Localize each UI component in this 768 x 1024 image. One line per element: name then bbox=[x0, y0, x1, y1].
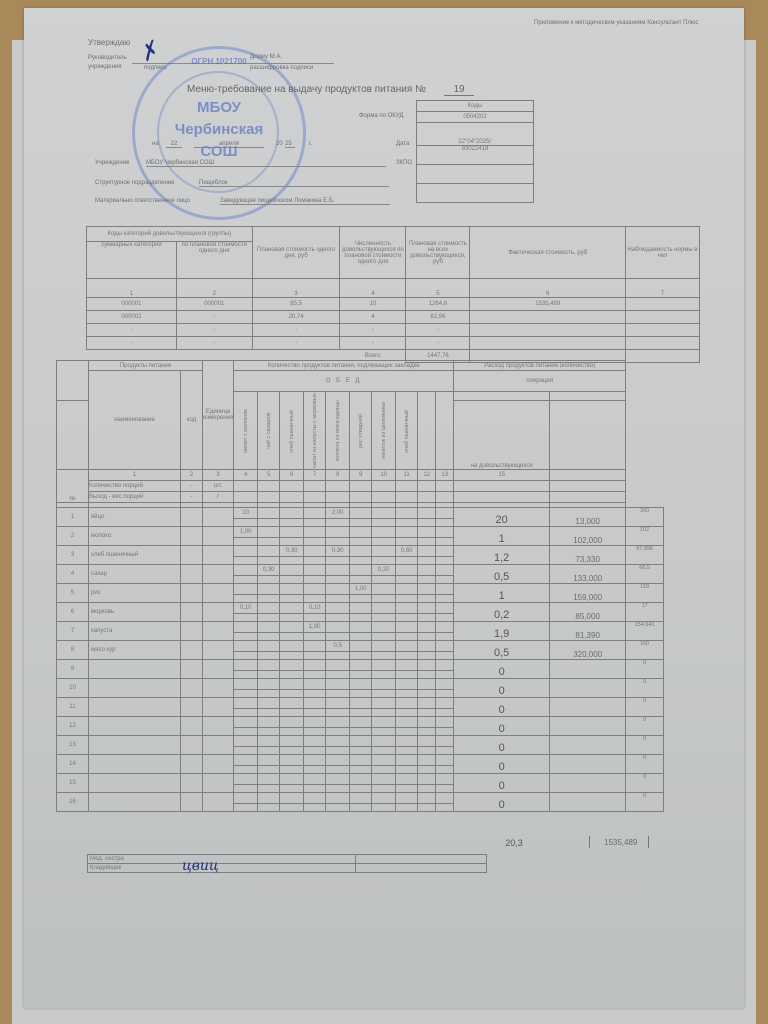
dish-quantity bbox=[234, 565, 258, 584]
dish-quantity bbox=[396, 679, 418, 698]
unit-price: 133,000 bbox=[550, 565, 626, 584]
categories-cell: - bbox=[176, 311, 252, 324]
dish-quantity bbox=[372, 584, 396, 603]
dish-quantity bbox=[234, 698, 258, 717]
quantity-header: Количество продуктов питания, подлежащих… bbox=[234, 361, 454, 371]
dish-quantity bbox=[326, 736, 350, 755]
document-title: Меню-требование на выдачу продуктов пита… bbox=[187, 84, 426, 95]
total-quantity: 0 bbox=[454, 774, 550, 793]
dish-quantity bbox=[234, 736, 258, 755]
dish-quantity bbox=[234, 641, 258, 660]
row-sum: 0 bbox=[626, 793, 664, 812]
row-sum: 0 bbox=[626, 698, 664, 717]
date-prefix: на bbox=[152, 141, 159, 147]
total-quantity: 0 bbox=[454, 660, 550, 679]
dish-quantity bbox=[372, 660, 396, 679]
col-number: 5 bbox=[258, 470, 280, 481]
dish-quantity bbox=[234, 660, 258, 679]
yield-row: Выход - вес порций-г bbox=[57, 492, 686, 503]
dish-quantity bbox=[280, 622, 304, 641]
dish-quantity: 1,00 bbox=[350, 584, 372, 603]
dish-name: хлеб пшеничный bbox=[289, 393, 295, 469]
dish-quantity bbox=[258, 527, 280, 546]
dish-quantity bbox=[418, 565, 436, 584]
yield-row-unit: г bbox=[203, 492, 234, 503]
dish-quantity bbox=[350, 546, 372, 565]
row-number: 14 bbox=[57, 755, 89, 774]
product-code bbox=[181, 622, 203, 641]
date-label: Дата bbox=[396, 141, 409, 147]
product-code bbox=[181, 736, 203, 755]
grand-total-sum: 1535,489 bbox=[604, 838, 637, 847]
categories-row: ----- bbox=[87, 324, 700, 337]
dish-quantity bbox=[372, 527, 396, 546]
responsible-value: Заведующая пищеблоком Ломакина Е.Б. bbox=[220, 198, 390, 205]
dish-quantity bbox=[372, 717, 396, 736]
dish-quantity bbox=[372, 641, 396, 660]
dish-quantity bbox=[258, 698, 280, 717]
product-name: мясо кур bbox=[89, 641, 181, 660]
categories-cell: 20,74 bbox=[252, 311, 340, 324]
categories-cell: 1535,489 bbox=[470, 298, 626, 311]
dash: - bbox=[181, 481, 203, 492]
dish-name: рис отварной bbox=[358, 393, 364, 469]
codes-header: Коды bbox=[417, 101, 534, 112]
okpo-label: ЗКПО bbox=[396, 160, 412, 166]
dish-quantity bbox=[418, 736, 436, 755]
dish-quantity bbox=[436, 774, 454, 793]
dish-quantity bbox=[326, 527, 350, 546]
dish-quantity bbox=[436, 698, 454, 717]
dish-quantity bbox=[280, 793, 304, 812]
dish-quantity bbox=[418, 717, 436, 736]
product-row: 1100 bbox=[57, 698, 686, 717]
row-number: 6 bbox=[57, 603, 89, 622]
dish-quantity bbox=[436, 717, 454, 736]
product-code bbox=[181, 793, 203, 812]
dish-quantity: 1,00 bbox=[234, 527, 258, 546]
dish-quantity bbox=[396, 774, 418, 793]
operations-header: операция bbox=[454, 371, 626, 392]
dish-quantity: 0,10 bbox=[234, 603, 258, 622]
product-unit bbox=[203, 717, 234, 736]
product-name: сахар bbox=[89, 565, 181, 584]
dish-quantity bbox=[280, 527, 304, 546]
unit-price bbox=[550, 736, 626, 755]
dish-quantity: 10 bbox=[234, 508, 258, 527]
dish-quantity bbox=[304, 679, 326, 698]
dish-quantity bbox=[418, 527, 436, 546]
row-sum: 0 bbox=[626, 679, 664, 698]
categories-cell: - bbox=[340, 337, 406, 350]
dish-quantity bbox=[280, 736, 304, 755]
dish-quantity bbox=[304, 508, 326, 527]
product-row: 7капуста1,901,981,390154,641 bbox=[57, 622, 686, 641]
row-sum: 0 bbox=[626, 774, 664, 793]
col-plan-cost-header: Плановая стоимость одного дня, руб bbox=[252, 227, 340, 279]
nurse-label: Мед. сестра bbox=[88, 855, 356, 864]
unit-price bbox=[550, 679, 626, 698]
row-sum: 102 bbox=[626, 527, 664, 546]
col-number: 8 bbox=[326, 470, 350, 481]
categories-cell: - bbox=[252, 337, 340, 350]
categories-cell bbox=[626, 324, 700, 337]
dish-quantity: 2,00 bbox=[326, 508, 350, 527]
total-quantity: 0 bbox=[454, 717, 550, 736]
okud-value: 0504202 bbox=[417, 112, 534, 123]
dish-name: омлет с молоком bbox=[243, 393, 249, 469]
dish-quantity bbox=[418, 584, 436, 603]
dish-quantity bbox=[436, 641, 454, 660]
product-name bbox=[89, 660, 181, 679]
row-number: 12 bbox=[57, 717, 89, 736]
row-sum: 0 bbox=[626, 755, 664, 774]
dish-quantity bbox=[350, 698, 372, 717]
dish-header: салат из капусты с морковью bbox=[304, 392, 326, 470]
col-actual-cost-header: Фактическая стоимость, руб bbox=[470, 227, 626, 279]
dish-quantity bbox=[396, 508, 418, 527]
product-unit bbox=[203, 793, 234, 812]
date-year-prefix: 20 bbox=[276, 141, 283, 147]
products-table: Продукты питанияЕдиница измеренияКоличес… bbox=[56, 360, 686, 812]
dish-quantity bbox=[418, 793, 436, 812]
dish-header: напиток из шиповника bbox=[372, 392, 396, 470]
total-quantity: 0,2 bbox=[454, 603, 550, 622]
row-number: 9 bbox=[57, 660, 89, 679]
categories-cell: 10 bbox=[340, 298, 406, 311]
dish-quantity bbox=[234, 717, 258, 736]
product-unit bbox=[203, 546, 234, 565]
dish-quantity bbox=[396, 736, 418, 755]
total-quantity: 0 bbox=[454, 679, 550, 698]
unit-price: 102,000 bbox=[550, 527, 626, 546]
dish-quantity bbox=[234, 584, 258, 603]
dish-quantity bbox=[372, 603, 396, 622]
dish-quantity bbox=[436, 679, 454, 698]
dish-quantity bbox=[258, 603, 280, 622]
unit-price: 85,000 bbox=[550, 603, 626, 622]
categories-cell: - bbox=[406, 337, 470, 350]
categories-cell: - bbox=[406, 324, 470, 337]
row-number: 16 bbox=[57, 793, 89, 812]
grand-total-quantity: 20,3 bbox=[494, 838, 534, 848]
portions-row: Количество порций-шт. bbox=[57, 481, 686, 492]
dish-quantity bbox=[396, 641, 418, 660]
dish-quantity bbox=[304, 565, 326, 584]
dish-quantity bbox=[418, 622, 436, 641]
dish-quantity bbox=[436, 546, 454, 565]
categories-cell: 000001 bbox=[176, 298, 252, 311]
categories-cell: - bbox=[340, 324, 406, 337]
dish-quantity bbox=[350, 641, 372, 660]
dish-quantity bbox=[350, 679, 372, 698]
dish-quantity bbox=[234, 679, 258, 698]
row-sum: 160 bbox=[626, 641, 664, 660]
col-number: 11 bbox=[396, 470, 418, 481]
dish-quantity bbox=[258, 660, 280, 679]
dish-quantity bbox=[436, 508, 454, 527]
dish-quantity bbox=[280, 603, 304, 622]
product-row: 1600 bbox=[57, 793, 686, 812]
product-code bbox=[181, 717, 203, 736]
unit-price bbox=[550, 755, 626, 774]
row-number: 2 bbox=[57, 527, 89, 546]
dish-quantity bbox=[350, 622, 372, 641]
product-code bbox=[181, 698, 203, 717]
product-code bbox=[181, 755, 203, 774]
dish-quantity bbox=[304, 774, 326, 793]
dish-quantity bbox=[396, 527, 418, 546]
product-code bbox=[181, 679, 203, 698]
categories-cell: 82,96 bbox=[406, 311, 470, 324]
product-name: молоко bbox=[89, 527, 181, 546]
unit-price bbox=[550, 717, 626, 736]
dish-quantity bbox=[234, 755, 258, 774]
product-name bbox=[89, 679, 181, 698]
dish-quantity bbox=[258, 736, 280, 755]
institution-value: МБОУ Чербинская СОШ bbox=[146, 160, 386, 167]
yield-row-label: Выход - вес порций bbox=[89, 492, 181, 503]
product-row: 6морковь0,100,100,285,00017 bbox=[57, 603, 686, 622]
dish-quantity bbox=[436, 527, 454, 546]
row-number: 11 bbox=[57, 698, 89, 717]
product-unit bbox=[203, 565, 234, 584]
dish-quantity bbox=[280, 584, 304, 603]
dish-quantity bbox=[304, 793, 326, 812]
total-quantity: 20 bbox=[454, 508, 550, 527]
product-row: 1яйцо102,002013,000260 bbox=[57, 508, 686, 527]
dish-quantity bbox=[326, 717, 350, 736]
col-headcount-header: Численность довольствующихся по плановой… bbox=[340, 227, 406, 279]
categories-cell: - bbox=[176, 324, 252, 337]
product-name: капуста bbox=[89, 622, 181, 641]
unit-price: 73,330 bbox=[550, 546, 626, 565]
categories-cell: - bbox=[87, 337, 177, 350]
categories-cell: - bbox=[252, 324, 340, 337]
product-unit bbox=[203, 755, 234, 774]
categories-cell: 000002 bbox=[87, 311, 177, 324]
product-code bbox=[181, 641, 203, 660]
dish-quantity bbox=[418, 546, 436, 565]
date-day: 22 bbox=[166, 141, 182, 148]
total-quantity: 0 bbox=[454, 793, 550, 812]
categories-group-header: Коды категорий довольствующихся (группы) bbox=[87, 227, 253, 242]
dish-quantity bbox=[258, 793, 280, 812]
for-all-label: на довольствующихся bbox=[454, 401, 550, 470]
categories-cell: 1264,6 bbox=[406, 298, 470, 311]
dish-quantity bbox=[234, 793, 258, 812]
product-unit bbox=[203, 508, 234, 527]
document-number: 19 bbox=[444, 84, 474, 96]
dish-quantity bbox=[304, 736, 326, 755]
dish-quantity bbox=[396, 717, 418, 736]
dish-quantity bbox=[258, 622, 280, 641]
categories-row: 00000100000185,5101264,61535,489 bbox=[87, 298, 700, 311]
dash: - bbox=[181, 492, 203, 503]
portions-row-label: Количество порций bbox=[89, 481, 181, 492]
portions-row-unit: шт. bbox=[203, 481, 234, 492]
official-stamp: ОГРН 1021700 МБОУ Чербинская СОШ bbox=[132, 46, 306, 220]
dish-quantity bbox=[258, 755, 280, 774]
dish-quantity bbox=[418, 508, 436, 527]
dish-quantity: 0,30 bbox=[280, 546, 304, 565]
dish-quantity bbox=[372, 622, 396, 641]
row-sum: 0 bbox=[626, 736, 664, 755]
product-code bbox=[181, 660, 203, 679]
col-number: 9 bbox=[350, 470, 372, 481]
product-code bbox=[181, 546, 203, 565]
row-number: 7 bbox=[57, 622, 89, 641]
dish-quantity bbox=[396, 660, 418, 679]
dish-quantity bbox=[326, 679, 350, 698]
total-quantity: 0,5 bbox=[454, 565, 550, 584]
dish-header bbox=[436, 392, 454, 470]
dish-header: хлеб пшеничный bbox=[280, 392, 304, 470]
total-quantity: 1 bbox=[454, 527, 550, 546]
dish-quantity bbox=[304, 698, 326, 717]
dish-quantity bbox=[372, 793, 396, 812]
col-number: 15 bbox=[454, 470, 550, 481]
dish-quantity bbox=[280, 508, 304, 527]
product-row: 900 bbox=[57, 660, 686, 679]
categories-cell: - bbox=[176, 337, 252, 350]
dish-quantity: 0,60 bbox=[396, 546, 418, 565]
dish-quantity bbox=[418, 774, 436, 793]
dish-quantity bbox=[372, 698, 396, 717]
unit-price bbox=[550, 793, 626, 812]
dish-quantity bbox=[326, 565, 350, 584]
col-number: 13 bbox=[436, 470, 454, 481]
okud-label: Форма по ОКУД bbox=[359, 113, 403, 119]
dish-quantity bbox=[418, 698, 436, 717]
col-number: 2 bbox=[181, 470, 203, 481]
dish-quantity bbox=[326, 584, 350, 603]
row-sum: 17 bbox=[626, 603, 664, 622]
product-code bbox=[181, 584, 203, 603]
date-value: 22"04"2025г bbox=[417, 123, 534, 146]
dish-quantity bbox=[396, 698, 418, 717]
dish-quantity bbox=[304, 717, 326, 736]
dish-quantity bbox=[258, 679, 280, 698]
dish-quantity bbox=[396, 603, 418, 622]
row-number: 5 bbox=[57, 584, 89, 603]
code-header: код bbox=[181, 371, 203, 470]
consumption-header: Расход продуктов питания (количество) bbox=[454, 361, 626, 371]
dish-quantity bbox=[436, 793, 454, 812]
unit-price: 13,000 bbox=[550, 508, 626, 527]
row-sum: 154,641 bbox=[626, 622, 664, 641]
dish-quantity bbox=[350, 793, 372, 812]
dish-header bbox=[418, 392, 436, 470]
product-name bbox=[89, 793, 181, 812]
dish-quantity: 0,20 bbox=[372, 565, 396, 584]
total-quantity: 0 bbox=[454, 698, 550, 717]
product-unit bbox=[203, 622, 234, 641]
dish-quantity bbox=[234, 774, 258, 793]
product-row: 3хлеб пшеничный0,300,300,601,273,33087,9… bbox=[57, 546, 686, 565]
dish-quantity bbox=[418, 660, 436, 679]
row-sum: 260 bbox=[626, 508, 664, 527]
dish-quantity bbox=[350, 717, 372, 736]
product-name bbox=[89, 736, 181, 755]
product-unit bbox=[203, 641, 234, 660]
dish-quantity bbox=[350, 565, 372, 584]
categories-col-number: 7 bbox=[626, 279, 700, 298]
col-number: 4 bbox=[234, 470, 258, 481]
dish-quantity bbox=[304, 660, 326, 679]
unit-price bbox=[550, 774, 626, 793]
dish-quantity bbox=[258, 717, 280, 736]
date-year: 25 bbox=[285, 141, 295, 148]
product-code bbox=[181, 565, 203, 584]
dish-quantity bbox=[280, 698, 304, 717]
dish-quantity bbox=[350, 736, 372, 755]
dish-header: чай с сахаром bbox=[258, 392, 280, 470]
product-name bbox=[89, 755, 181, 774]
categories-col-number: 4 bbox=[340, 279, 406, 298]
dish-quantity bbox=[372, 679, 396, 698]
dish-name: котлета из мяса курицы bbox=[335, 393, 341, 469]
dish-quantity bbox=[234, 546, 258, 565]
categories-row: ----- bbox=[87, 337, 700, 350]
dish-name: чай с сахаром bbox=[266, 393, 272, 469]
product-code bbox=[181, 774, 203, 793]
date-suffix: г. bbox=[309, 141, 312, 147]
dish-quantity bbox=[436, 736, 454, 755]
categories-cell bbox=[626, 337, 700, 350]
product-name bbox=[89, 698, 181, 717]
dish-quantity bbox=[350, 603, 372, 622]
product-unit bbox=[203, 736, 234, 755]
col-plan-day-header: по плановой стоимости одного дня bbox=[176, 242, 252, 279]
products-header: Продукты питания bbox=[89, 361, 203, 371]
product-row: 8мясо кур0,50,5320,000160 bbox=[57, 641, 686, 660]
product-row: 1500 bbox=[57, 774, 686, 793]
codes-box: Коды 0504202 22"04"2025г 93022418 bbox=[416, 100, 534, 203]
row-sum: 66,5 bbox=[626, 565, 664, 584]
dish-header: хлеб пшеничный bbox=[396, 392, 418, 470]
institution-label: Учреждение bbox=[95, 160, 129, 166]
dish-quantity bbox=[350, 508, 372, 527]
product-name: рис bbox=[89, 584, 181, 603]
dish-quantity bbox=[372, 508, 396, 527]
responsible-label: Материально ответственное лицо bbox=[95, 198, 190, 204]
row-sum: 159 bbox=[626, 584, 664, 603]
dish-quantity bbox=[372, 755, 396, 774]
categories-cell bbox=[470, 311, 626, 324]
categories-col-number: 5 bbox=[406, 279, 470, 298]
categories-cell: 000001 bbox=[87, 298, 177, 311]
stamp-line1: МБОУ bbox=[135, 99, 303, 116]
dish-quantity bbox=[304, 755, 326, 774]
total-quantity: 1,9 bbox=[454, 622, 550, 641]
dish-quantity bbox=[418, 755, 436, 774]
dish-header: котлета из мяса курицы bbox=[326, 392, 350, 470]
dish-quantity bbox=[234, 622, 258, 641]
dish-quantity bbox=[372, 774, 396, 793]
document-sheet: Приложение к методическим указаниям Конс… bbox=[24, 8, 744, 1008]
dish-quantity bbox=[304, 527, 326, 546]
dish-quantity bbox=[280, 717, 304, 736]
product-unit bbox=[203, 698, 234, 717]
unit-price bbox=[550, 698, 626, 717]
product-unit bbox=[203, 603, 234, 622]
product-unit bbox=[203, 679, 234, 698]
row-number: 15 bbox=[57, 774, 89, 793]
signatures-table: Мед. сестра Кладовщик bbox=[87, 854, 487, 873]
total-quantity: 0 bbox=[454, 755, 550, 774]
row-number: 13 bbox=[57, 736, 89, 755]
